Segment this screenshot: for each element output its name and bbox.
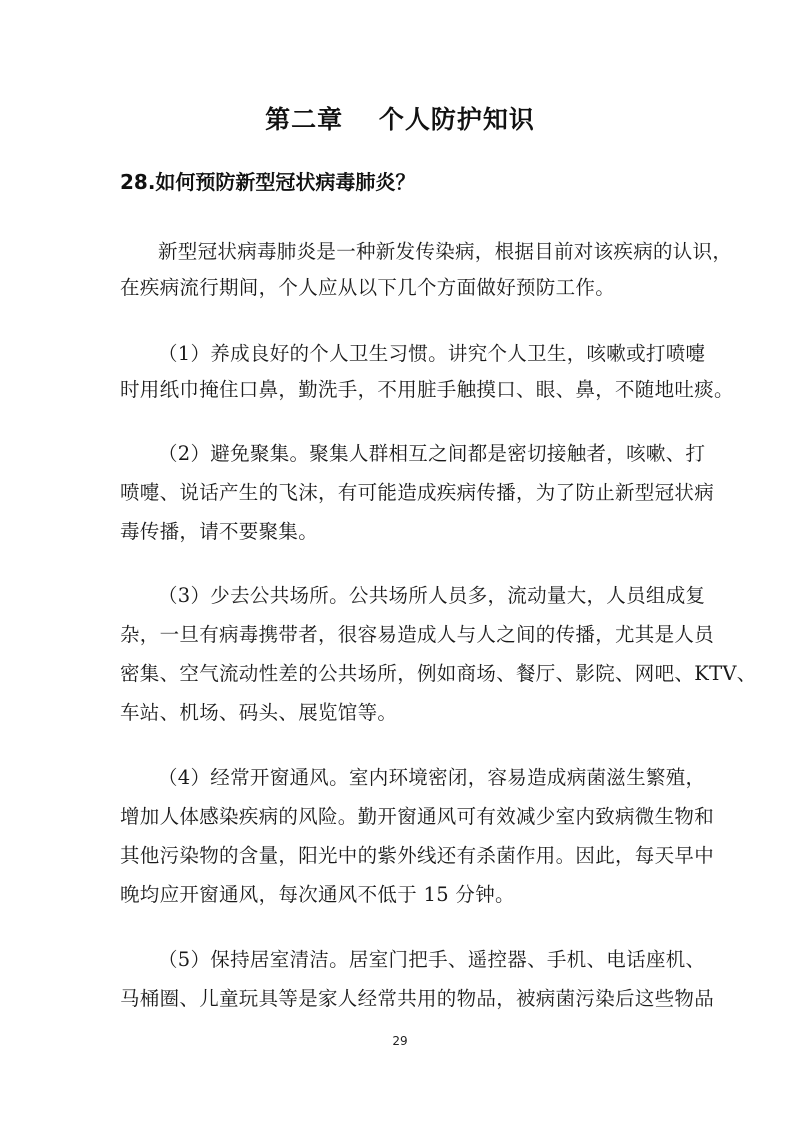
paragraph-item-5-line-1: （5）保持居室清洁。居室门把手、遥控器、手机、电话座机、 [158, 944, 705, 972]
paragraph-item-3-line-1: （3）少去公共场所。公共场所人员多，流动量大，人员组成复 [158, 580, 705, 608]
paragraph-item-3-line-4: 车站、机场、码头、展览馆等。 [120, 697, 397, 725]
paragraph-item-3-line-3: 密集、空气流动性差的公共场所，例如商场、餐厅、影院、网吧、KTV、 [120, 658, 757, 686]
paragraph-item-2-line-2: 喷嚏、说话产生的飞沫，有可能造成疾病传播，为了防止新型冠状病 [120, 477, 714, 505]
paragraph-item-4-line-4: 晚均应开窗通风，每次通风不低于 15 分钟。 [120, 879, 515, 907]
page-number: 29 [0, 1034, 800, 1048]
paragraph-item-4-line-1: （4）经常开窗通风。室内环境密闭，容易造成病菌滋生繁殖， [158, 762, 705, 790]
paragraph-item-5-line-2: 马桶圈、儿童玩具等是家人经常共用的物品，被病菌污染后这些物品 [120, 983, 714, 1011]
paragraph-item-2-line-1: （2）避免聚集。聚集人群相互之间都是密切接触者，咳嗽、打 [158, 438, 705, 466]
paragraph-intro-line-1: 新型冠状病毒肺炎是一种新发传染病，根据目前对该疾病的认识， [158, 236, 732, 264]
paragraph-item-4-line-2: 增加人体感染疾病的风险。勤开窗通风可有效减少室内致病微生物和 [120, 801, 714, 829]
document-page: 第二章 个人防护知识 28.如何预防新型冠状病毒肺炎？ 新型冠状病毒肺炎是一种新… [0, 0, 800, 1131]
paragraph-intro-line-2: 在疾病流行期间，个人应从以下几个方面做好预防工作。 [120, 272, 615, 300]
chapter-title: 第二章 个人防护知识 [0, 100, 800, 136]
paragraph-item-1-line-1: （1）养成良好的个人卫生习惯。讲究个人卫生，咳嗽或打喷嚏 [158, 338, 705, 366]
paragraph-item-2-line-3: 毒传播，请不要聚集。 [120, 516, 318, 544]
paragraph-item-4-line-3: 其他污染物的含量，阳光中的紫外线还有杀菌作用。因此，每天早中 [120, 840, 714, 868]
question-heading: 28.如何预防新型冠状病毒肺炎？ [120, 166, 415, 195]
paragraph-item-1-line-2: 时用纸巾掩住口鼻，勤洗手，不用脏手触摸口、眼、鼻，不随地吐痰。 [120, 374, 734, 402]
paragraph-item-3-line-2: 杂，一旦有病毒携带者，很容易造成人与人之间的传播，尤其是人员 [120, 619, 714, 647]
